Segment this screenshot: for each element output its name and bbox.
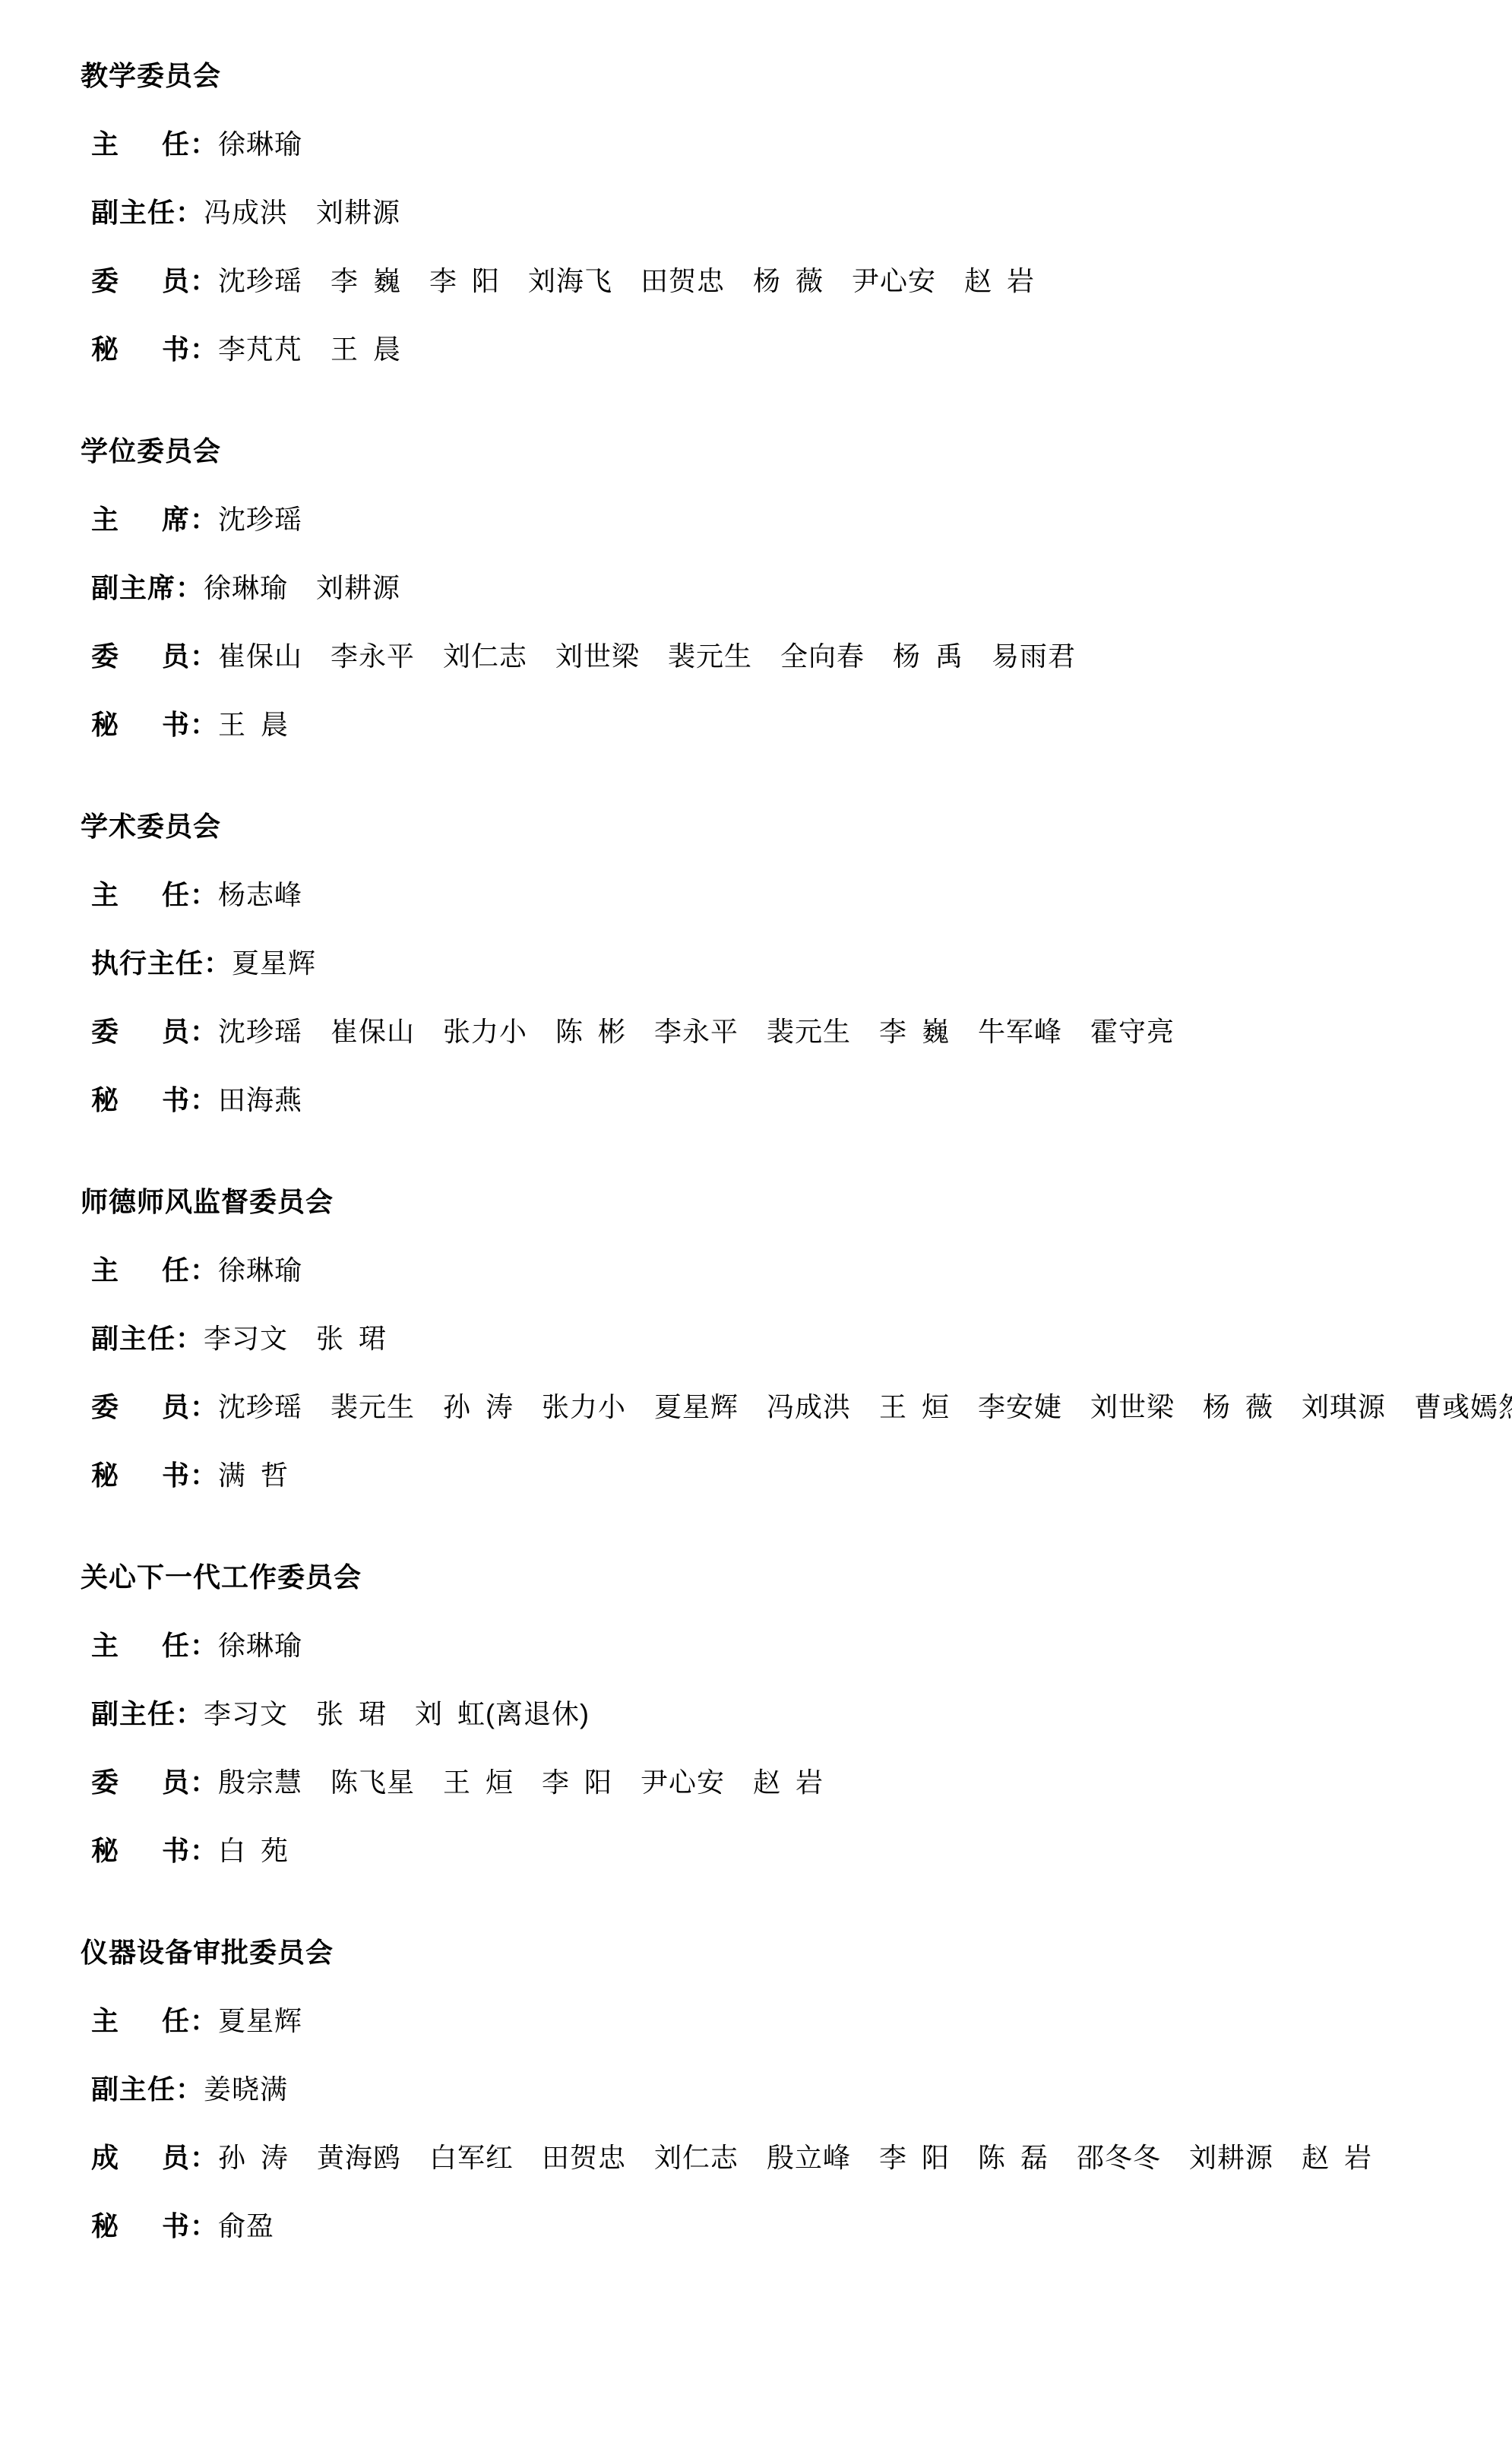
committee-title: 仪器设备审批委员会 [81, 1936, 1482, 1969]
row-label: 副主任： [91, 1323, 204, 1354]
committee-title: 学术委员会 [81, 810, 1482, 843]
committee-row: 秘 书：满 哲 [91, 1459, 1482, 1492]
row-label: 秘 书： [91, 1835, 218, 1866]
committee-row: 主 席：沈珍瑶 [91, 503, 1482, 536]
committee-row: 副主任：冯成洪 刘耕源 [91, 196, 1482, 229]
row-value: 田海燕 [218, 1084, 302, 1115]
committee-row: 委 员：沈珍瑶 李 巍 李 阳 刘海飞 田贺忠 杨 薇 尹心安 赵 岩 [91, 264, 1482, 298]
committee-row: 秘 书：白 苑 [91, 1834, 1482, 1868]
committee-row: 主 任：徐琳瑜 [91, 1254, 1482, 1287]
committee-row: 秘 书：李芃芃 王 晨 [91, 333, 1482, 366]
row-label: 主 任： [91, 1254, 218, 1286]
row-value: 徐琳瑜 刘耕源 [204, 572, 400, 603]
row-value: 李习文 张 珺 [204, 1323, 387, 1354]
committee-row: 主 任：夏星辉 [91, 2004, 1482, 2038]
section-ethics-supervision-committee: 师德师风监督委员会 主 任：徐琳瑜 副主任：李习文 张 珺 委 员：沈珍瑶 裴元… [81, 1185, 1482, 1492]
committee-row: 主 任：徐琳瑜 [91, 1629, 1482, 1662]
row-label: 成 员： [91, 2142, 218, 2173]
row-value: 王 晨 [218, 709, 289, 740]
row-value: 李习文 张 珺 刘 虹(离退休) [204, 1698, 590, 1729]
row-value: 李芃芃 王 晨 [218, 334, 401, 365]
committee-row: 委 员：沈珍瑶 崔保山 张力小 陈 彬 李永平 裴元生 李 巍 牛军峰 霍守亮 [91, 1015, 1482, 1049]
row-label: 主 席： [91, 504, 218, 535]
row-value: 白 苑 [218, 1835, 289, 1866]
row-value: 姜晓满 [204, 2074, 288, 2105]
section-teaching-committee: 教学委员会 主 任：徐琳瑜 副主任：冯成洪 刘耕源 委 员：沈珍瑶 李 巍 李 … [81, 59, 1482, 366]
row-label: 委 员： [91, 265, 218, 296]
document: 教学委员会 主 任：徐琳瑜 副主任：冯成洪 刘耕源 委 员：沈珍瑶 李 巍 李 … [0, 0, 1512, 2243]
section-equipment-approval-committee: 仪器设备审批委员会 主 任：夏星辉 副主任：姜晓满 成 员：孙 涛 黄海鸥 白军… [81, 1936, 1482, 2243]
committee-row: 成 员：孙 涛 黄海鸥 白军红 田贺忠 刘仁志 殷立峰 李 阳 陈 磊 邵冬冬 … [91, 2141, 1482, 2175]
row-label: 秘 书： [91, 1084, 218, 1115]
row-label: 副主任： [91, 2074, 204, 2105]
row-label: 秘 书： [91, 709, 218, 740]
committee-row: 秘 书：俞盈 [91, 2210, 1482, 2243]
row-value: 俞盈 [218, 2210, 274, 2241]
committee-row: 秘 书：王 晨 [91, 708, 1482, 742]
section-academic-committee: 学术委员会 主 任：杨志峰 执行主任：夏星辉 委 员：沈珍瑶 崔保山 张力小 陈… [81, 810, 1482, 1117]
committee-row: 主 任：徐琳瑜 [91, 128, 1482, 161]
row-value: 夏星辉 [218, 2005, 302, 2036]
row-value: 孙 涛 黄海鸥 白军红 田贺忠 刘仁志 殷立峰 李 阳 陈 磊 邵冬冬 刘耕源 … [218, 2142, 1372, 2173]
row-label: 秘 书： [91, 1460, 218, 1491]
row-label: 秘 书： [91, 334, 218, 365]
row-value: 杨志峰 [218, 879, 302, 910]
committee-title: 教学委员会 [81, 59, 1482, 93]
section-next-generation-committee: 关心下一代工作委员会 主 任：徐琳瑜 副主任：李习文 张 珺 刘 虹(离退休) … [81, 1561, 1482, 1868]
committee-title: 师德师风监督委员会 [81, 1185, 1482, 1219]
row-value: 沈珍瑶 李 巍 李 阳 刘海飞 田贺忠 杨 薇 尹心安 赵 岩 [218, 265, 1035, 296]
committee-row: 委 员：殷宗慧 陈飞星 王 烜 李 阳 尹心安 赵 岩 [91, 1766, 1482, 1799]
row-label: 副主席： [91, 572, 204, 603]
committee-row: 秘 书：田海燕 [91, 1083, 1482, 1117]
committee-row: 副主席：徐琳瑜 刘耕源 [91, 571, 1482, 605]
row-label: 委 员： [91, 641, 218, 672]
row-label: 主 任： [91, 879, 218, 910]
row-value: 徐琳瑜 [218, 128, 302, 160]
row-value: 满 哲 [218, 1460, 289, 1491]
committee-row: 执行主任：夏星辉 [91, 947, 1482, 980]
row-value: 徐琳瑜 [218, 1254, 302, 1286]
committee-row: 副主任：李习文 张 珺 刘 虹(离退休) [91, 1697, 1482, 1731]
row-value: 沈珍瑶 裴元生 孙 涛 张力小 夏星辉 冯成洪 王 烜 李安婕 刘世梁 杨 薇 … [218, 1391, 1512, 1422]
committee-row: 委 员：沈珍瑶 裴元生 孙 涛 张力小 夏星辉 冯成洪 王 烜 李安婕 刘世梁 … [91, 1390, 1482, 1424]
row-label: 副主任： [91, 197, 204, 228]
row-label: 主 任： [91, 2005, 218, 2036]
committee-title: 学位委员会 [81, 435, 1482, 468]
row-label: 副主任： [91, 1698, 204, 1729]
row-value: 殷宗慧 陈飞星 王 烜 李 阳 尹心安 赵 岩 [218, 1767, 824, 1798]
committee-row: 副主任：李习文 张 珺 [91, 1322, 1482, 1356]
committee-title: 关心下一代工作委员会 [81, 1561, 1482, 1594]
row-label: 委 员： [91, 1391, 218, 1422]
committee-row: 委 员：崔保山 李永平 刘仁志 刘世梁 裴元生 全向春 杨 禹 易雨君 [91, 640, 1482, 673]
committee-row: 副主任：姜晓满 [91, 2073, 1482, 2106]
row-value: 沈珍瑶 崔保山 张力小 陈 彬 李永平 裴元生 李 巍 牛军峰 霍守亮 [218, 1016, 1175, 1047]
row-value: 沈珍瑶 [218, 504, 302, 535]
row-value: 冯成洪 刘耕源 [204, 197, 400, 228]
row-value: 徐琳瑜 [218, 1630, 302, 1661]
row-label: 秘 书： [91, 2210, 218, 2241]
row-label: 主 任： [91, 128, 218, 160]
row-value: 夏星辉 [232, 947, 316, 979]
section-degree-committee: 学位委员会 主 席：沈珍瑶 副主席：徐琳瑜 刘耕源 委 员：崔保山 李永平 刘仁… [81, 435, 1482, 742]
row-value: 崔保山 李永平 刘仁志 刘世梁 裴元生 全向春 杨 禹 易雨君 [218, 641, 1076, 672]
row-label: 委 员： [91, 1016, 218, 1047]
row-label: 主 任： [91, 1630, 218, 1661]
row-label: 委 员： [91, 1767, 218, 1798]
committee-row: 主 任：杨志峰 [91, 878, 1482, 912]
row-label: 执行主任： [91, 947, 232, 979]
